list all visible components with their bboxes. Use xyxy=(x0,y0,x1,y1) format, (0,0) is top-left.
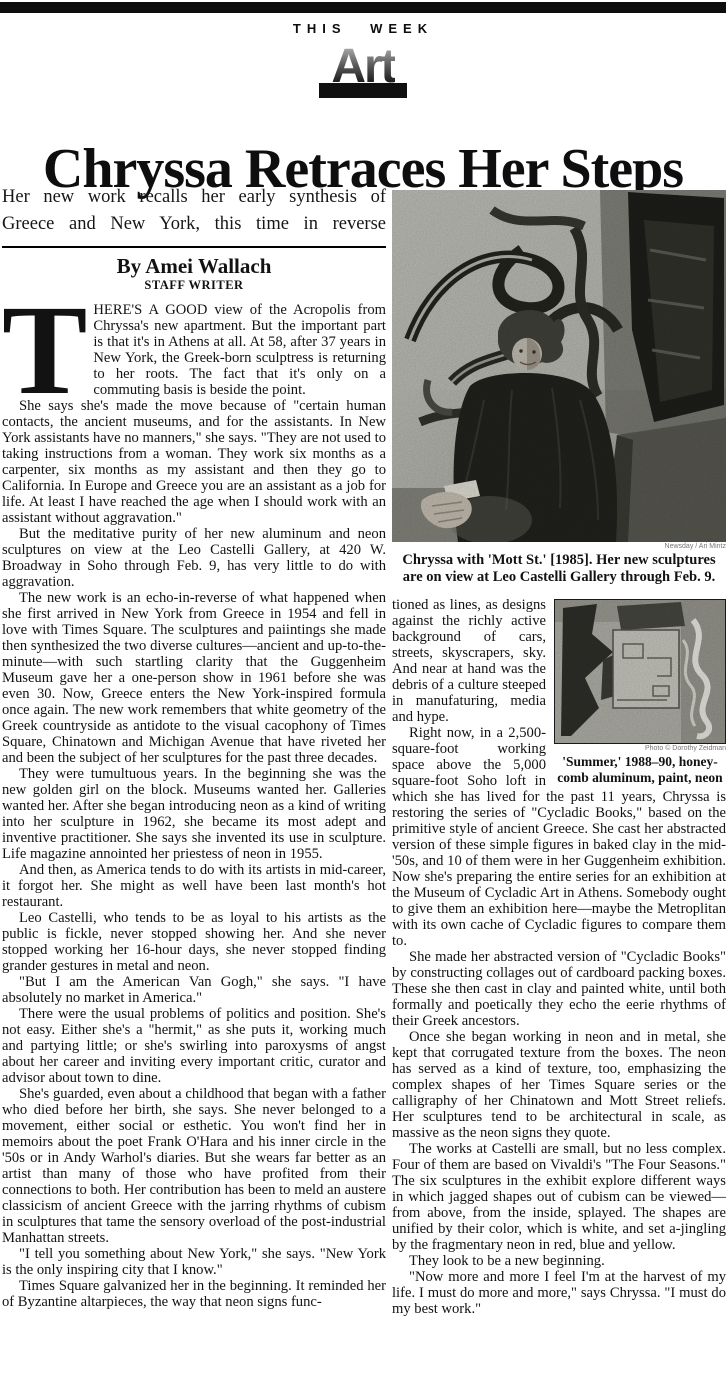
caption-line: Chryssa with 'Mott St.' [1985]. Her new … xyxy=(392,552,726,569)
article-paragraph: She made her abstracted version of "Cycl… xyxy=(392,949,726,1029)
art-section-logo: Art xyxy=(0,44,726,98)
article-paragraph: "I tell you something about New York," s… xyxy=(2,1246,386,1278)
article-paragraph: But the meditative purity of her new alu… xyxy=(2,526,386,590)
deck: Her new work recalls her early synthesis… xyxy=(2,184,386,238)
article-paragraph: She's guarded, even about a childhood th… xyxy=(2,1086,386,1246)
article-paragraph: The works at Castelli are small, but no … xyxy=(392,1141,726,1253)
caption-line: comb aluminum, paint, neon xyxy=(554,770,726,786)
deck-divider-rule xyxy=(2,246,386,248)
inset-photo-caption: 'Summer,' 1988–90, honey- comb aluminum,… xyxy=(554,754,726,786)
left-column: Her new work recalls her early synthesis… xyxy=(2,184,386,1310)
paragraph-text: HERE'S A GOOD view of the Acropolis from… xyxy=(93,302,386,398)
caption-line: are on view at Leo Castelli Gallery thro… xyxy=(392,569,726,586)
article-paragraph: "But I am the American Van Gogh," she sa… xyxy=(2,974,386,1006)
newspaper-page: { "masthead": { "section_label": "THIS W… xyxy=(0,0,726,1397)
article-paragraph: Times Square galvanized her in the begin… xyxy=(2,1278,386,1310)
article-paragraph: Leo Castelli, who tends to be as loyal t… xyxy=(2,910,386,974)
main-photo-credit: Newsday / Ari Mintz xyxy=(392,542,726,551)
article-paragraph: "Now more and more I feel I'm at the har… xyxy=(392,1269,726,1317)
deck-line: Her new work recalls her early synthesis… xyxy=(2,184,386,211)
article-paragraph: Once she began working in neon and in me… xyxy=(392,1029,726,1141)
article-body-right: Photo © Dorothy Zeidman 'Summer,' 1988–9… xyxy=(392,597,726,1317)
article-body-left: THERE'S A GOOD view of the Acropolis fro… xyxy=(2,302,386,1310)
art-logo-text: Art xyxy=(331,44,394,90)
inset-photo-figure: Photo © Dorothy Zeidman 'Summer,' 1988–9… xyxy=(554,599,726,786)
main-photo-caption: Chryssa with 'Mott St.' [1985]. Her new … xyxy=(392,552,726,586)
article-paragraph: And then, as America tends to do with it… xyxy=(2,862,386,910)
chryssa-with-mott-st-photo xyxy=(392,190,726,542)
caption-line: 'Summer,' 1988–90, honey- xyxy=(554,754,726,770)
article-paragraph: She says she's made the move because of … xyxy=(2,398,386,526)
article-paragraph: They were tumultuous years. In the begin… xyxy=(2,766,386,862)
main-photo-figure: Newsday / Ari Mintz Chryssa with 'Mott S… xyxy=(392,190,726,586)
article-paragraph: They look to be a new beginning. xyxy=(392,1253,726,1269)
masthead-rule-bar xyxy=(0,2,726,13)
section-label: THIS WEEK xyxy=(0,21,726,36)
article-paragraph: THERE'S A GOOD view of the Acropolis fro… xyxy=(2,302,386,398)
article-paragraph: The new work is an echo-in-reverse of wh… xyxy=(2,590,386,766)
right-column: Newsday / Ari Mintz Chryssa with 'Mott S… xyxy=(392,190,726,1317)
drop-cap: T xyxy=(2,302,93,396)
article-paragraph: There were the usual problems of politic… xyxy=(2,1006,386,1086)
deck-line: Greece and New York, this time in revers… xyxy=(2,211,386,238)
byline-author: By Amei Wallach xyxy=(2,254,386,278)
inset-photo-credit: Photo © Dorothy Zeidman xyxy=(554,744,726,753)
summer-sculpture-photo xyxy=(555,600,725,743)
